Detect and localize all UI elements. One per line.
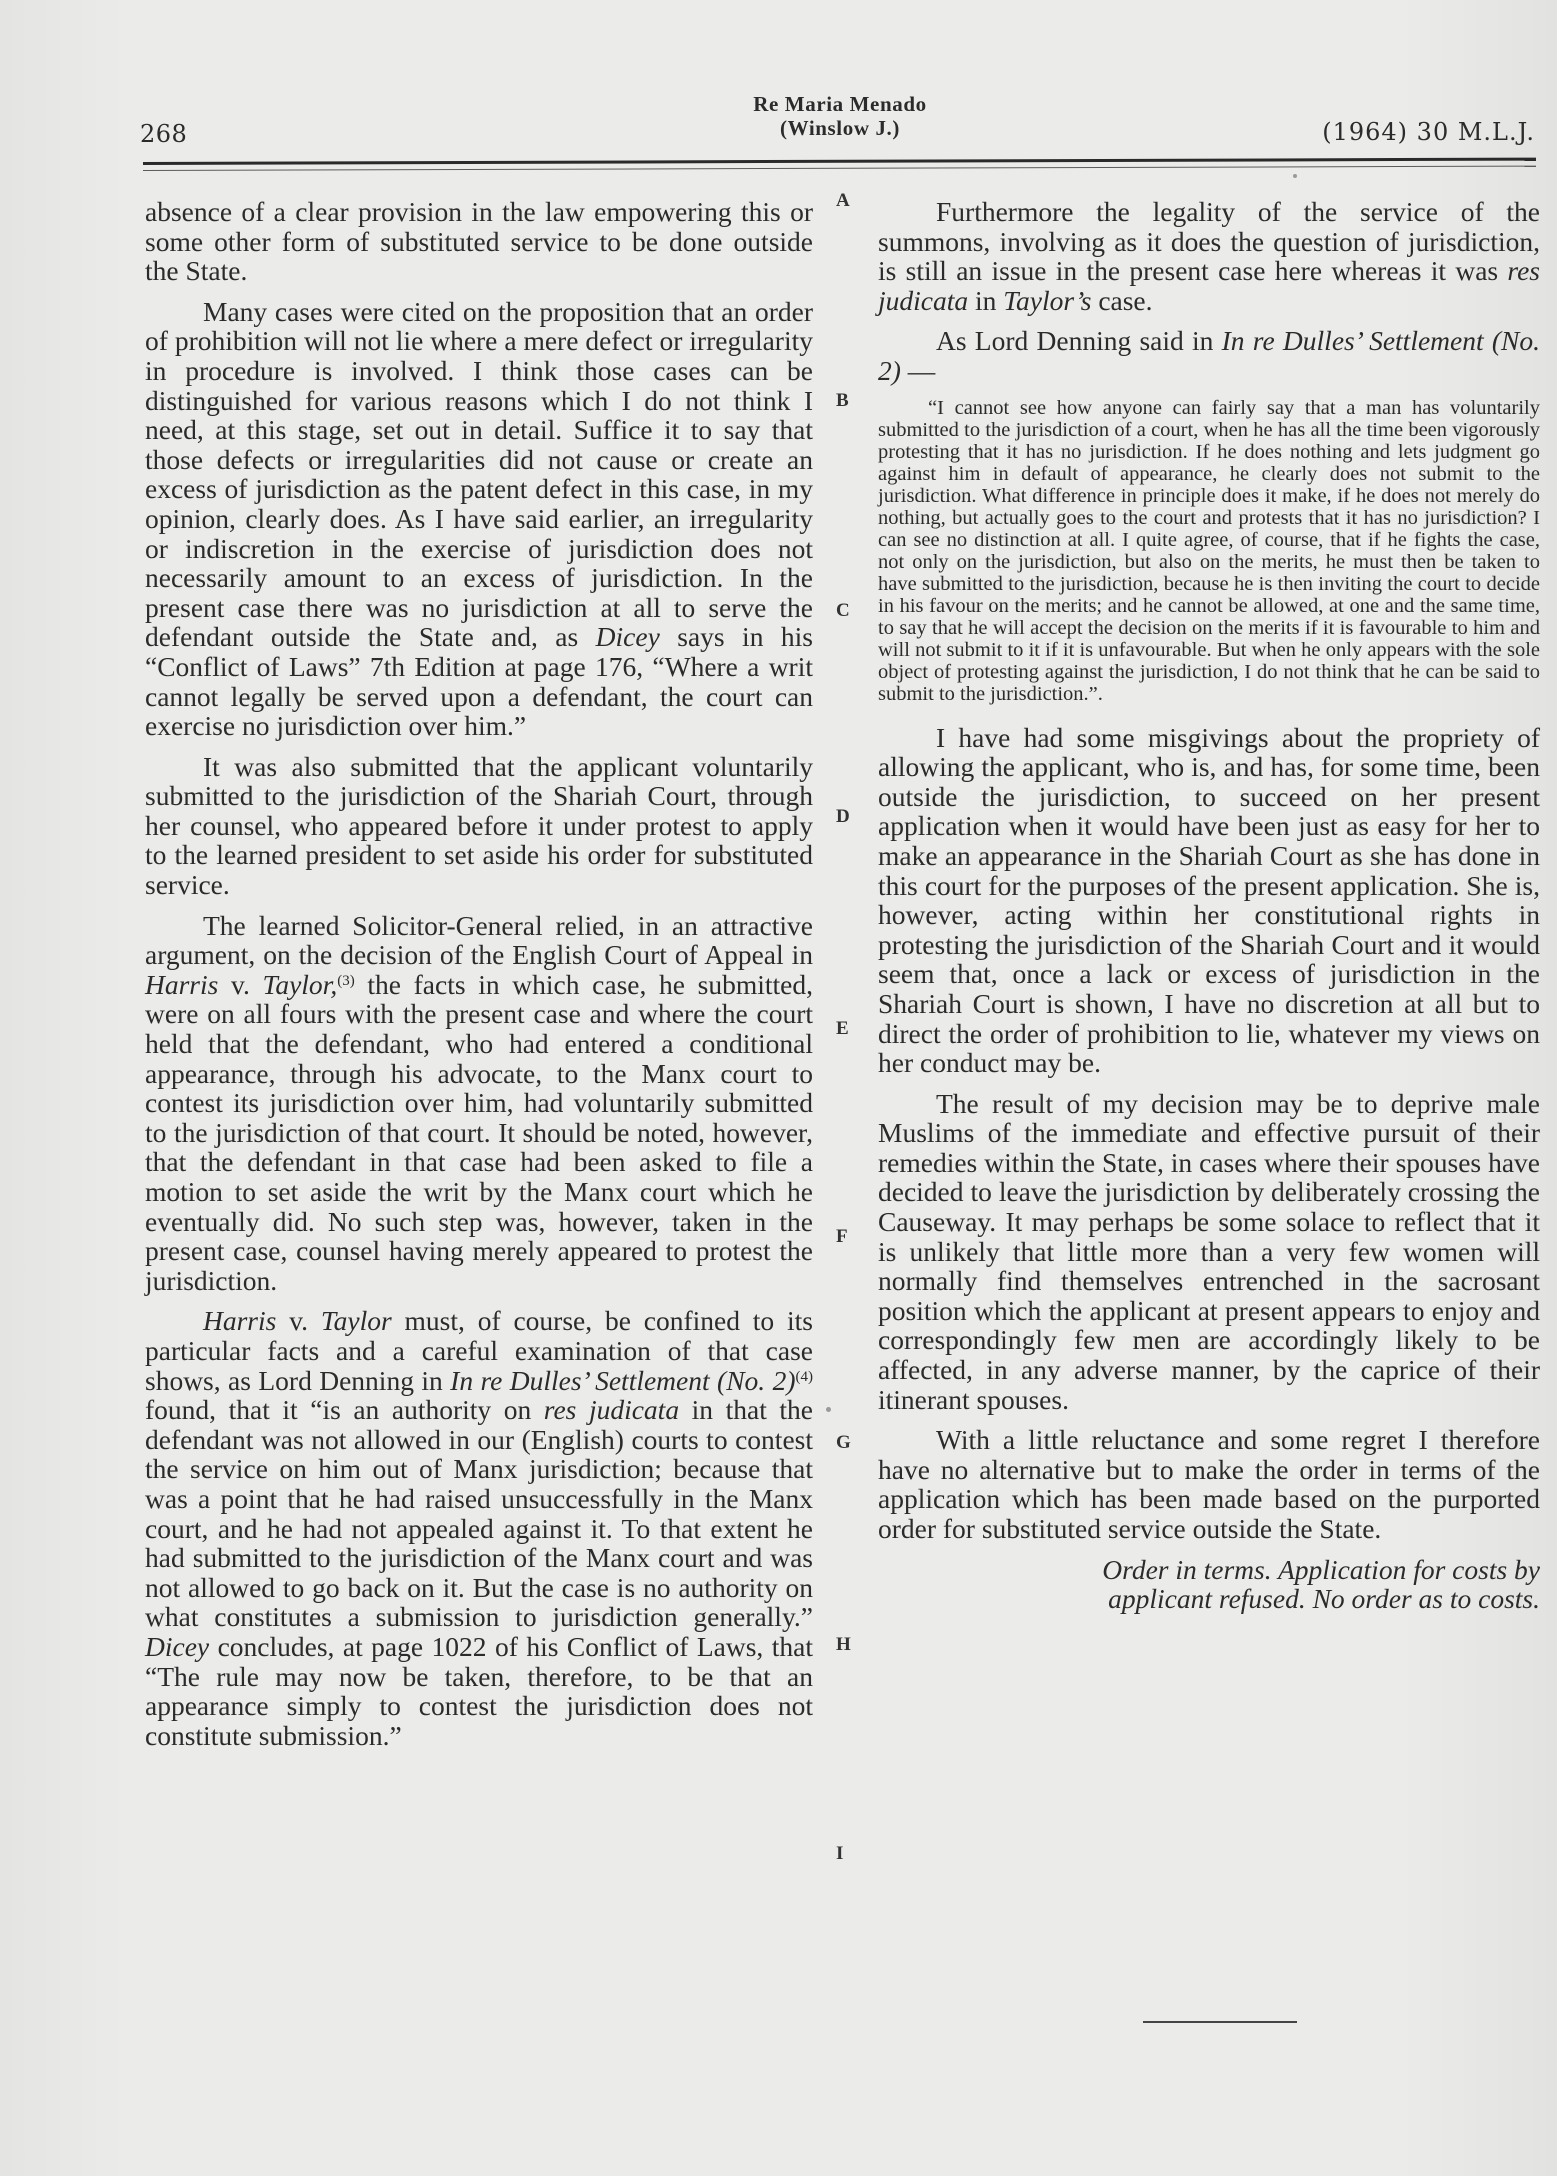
page-header: 268 Re Maria Menado (Winslow J.) (1964) … <box>0 0 1557 180</box>
margin-letter-d: D <box>836 806 850 828</box>
paragraph: Many cases were cited on the proposition… <box>145 297 813 741</box>
case-name: Taylor’s <box>1003 285 1091 316</box>
margin-letter-h: H <box>836 1634 851 1656</box>
latin-term: res judicata <box>544 1394 679 1425</box>
footnote-ref: (3) <box>337 973 355 989</box>
margin-letter-c: C <box>836 600 850 622</box>
header-rule-thick <box>143 158 1536 165</box>
paragraph: I have had some misgivings about the pro… <box>878 723 1540 1078</box>
right-column: Furthermore the legality of the service … <box>878 197 1540 1625</box>
disposition: Order in terms. Application for costs by… <box>878 1555 1540 1614</box>
margin-letter-f: F <box>836 1226 848 1248</box>
paragraph: The result of my decision may be to depr… <box>878 1089 1540 1415</box>
page-number: 268 <box>140 120 187 148</box>
text: As Lord Denning said in <box>936 325 1222 356</box>
text: — <box>901 355 935 386</box>
case-name: Harris <box>203 1305 276 1336</box>
text: found, that it “is an authority on <box>145 1394 544 1425</box>
margin-letter-a: A <box>836 190 850 212</box>
paragraph: The learned Solicitor-General relied, in… <box>145 911 813 1296</box>
margin-letter-e: E <box>836 1018 849 1040</box>
case-name: Re Maria Menado <box>640 92 1040 116</box>
footnote-ref: (4) <box>796 1369 814 1385</box>
judge-name: (Winslow J.) <box>640 116 1040 140</box>
text: v. <box>218 969 262 1000</box>
paragraph: With a little reluctance and some regret… <box>878 1425 1540 1543</box>
text: Many cases were cited on the proposition… <box>145 296 813 653</box>
case-name: In re Dulles’ Settlement (No. 2) <box>450 1365 795 1396</box>
margin-letter-i: I <box>836 1843 843 1865</box>
paragraph: Furthermore the legality of the service … <box>878 197 1540 315</box>
text: case. <box>1091 285 1152 316</box>
running-title: Re Maria Menado (Winslow J.) <box>640 92 1040 140</box>
author-name: Dicey <box>596 621 660 652</box>
paragraph: absence of a clear provision in the law … <box>145 197 813 286</box>
text: in that the defendant was not allowed in… <box>145 1394 813 1632</box>
author-name: Dicey <box>145 1631 209 1662</box>
text: The learned Solicitor-General relied, in… <box>145 910 813 971</box>
margin-letter-b: B <box>836 390 849 412</box>
text: concludes, at page 1022 of his Conflict … <box>145 1631 813 1751</box>
case-name: Harris <box>145 969 218 1000</box>
report-citation: (1964) 30 M.L.J. <box>1322 118 1535 146</box>
block-quote: “I cannot see how anyone can fairly say … <box>878 397 1540 705</box>
text: the facts in which case, he submitted, w… <box>145 969 813 1296</box>
text: Furthermore the legality of the service … <box>878 196 1540 286</box>
end-of-judgment-rule <box>1143 2021 1297 2023</box>
text: v. <box>276 1305 321 1336</box>
header-rule-thin <box>143 166 1536 171</box>
left-column: absence of a clear provision in the law … <box>145 197 813 1761</box>
scan-speck <box>1293 174 1297 178</box>
text: in <box>968 285 1003 316</box>
case-name: Taylor <box>321 1305 392 1336</box>
margin-letter-g: G <box>836 1432 851 1454</box>
paragraph: It was also submitted that the applicant… <box>145 752 813 900</box>
paragraph: As Lord Denning said in In re Dulles’ Se… <box>878 326 1540 385</box>
paragraph: Harris v. Taylor must, of course, be con… <box>145 1306 813 1750</box>
case-name: Taylor, <box>263 969 338 1000</box>
scan-speck <box>826 1407 831 1412</box>
